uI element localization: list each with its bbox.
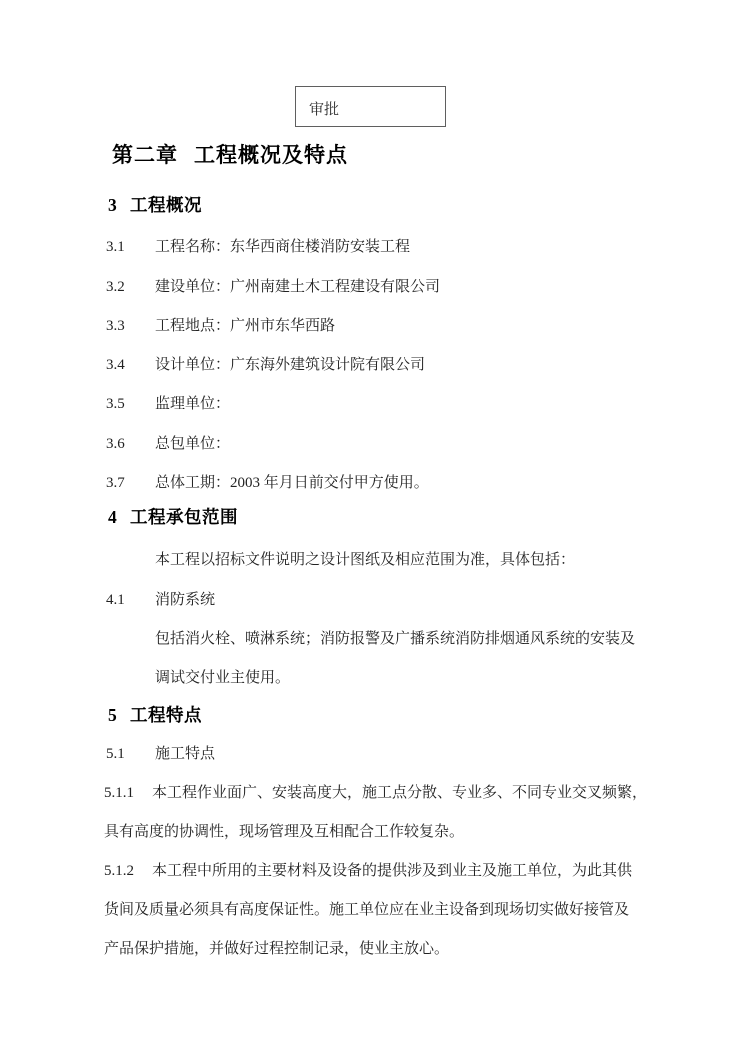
section-5-number: 5	[108, 705, 130, 725]
section-3-heading: 3工程概况	[108, 195, 202, 215]
item-number: 3.1	[106, 239, 155, 256]
item-number: 5.1	[106, 746, 155, 763]
item-3-3: 3.3工程地点：广州市东华西路	[106, 318, 335, 335]
section-4-number: 4	[108, 507, 130, 527]
item-text: 设计单位：广东海外建筑设计院有限公司	[155, 357, 425, 373]
item-5-1: 5.1施工特点	[106, 746, 215, 763]
item-3-2: 3.2建设单位：广州南建土木工程建设有限公司	[106, 279, 440, 296]
paragraph-text: 本工程中所用的主要材料及设备的提供涉及到业主及施工单位，为此其供	[152, 863, 632, 879]
paragraph-number: 5.1.1	[104, 785, 152, 802]
item-text: 工程地点：广州市东华西路	[155, 318, 335, 334]
paragraph-5-1-2-line-1: 5.1.2本工程中所用的主要材料及设备的提供涉及到业主及施工单位，为此其供	[104, 863, 632, 880]
item-text: 工程名称：东华西商住楼消防安装工程	[155, 239, 410, 255]
paragraph-5-1-1-line-2: 具有高度的协调性，现场管理及互相配合工作较复杂。	[104, 824, 464, 841]
item-text: 消防系统	[155, 592, 215, 608]
section-4-intro: 本工程以招标文件说明之设计图纸及相应范围为准，具体包括：	[155, 552, 575, 569]
item-3-4: 3.4设计单位：广东海外建筑设计院有限公司	[106, 357, 425, 374]
document-page: 审批 第二章工程概况及特点 3工程概况 3.1工程名称：东华西商住楼消防安装工程…	[0, 0, 744, 1052]
chapter-heading: 第二章工程概况及特点	[112, 143, 348, 167]
item-number: 3.7	[106, 475, 155, 492]
item-3-5: 3.5监理单位：	[106, 396, 230, 413]
chapter-number: 第二章	[112, 143, 178, 167]
item-3-1: 3.1工程名称：东华西商住楼消防安装工程	[106, 239, 410, 256]
item-text: 施工特点	[155, 746, 215, 762]
paragraph-text: 本工程作业面广、安装高度大，施工点分散、专业多、不同专业交叉频繁，	[152, 785, 647, 801]
paragraph-number: 5.1.2	[104, 863, 152, 880]
item-number: 3.5	[106, 396, 155, 413]
section-4-heading: 4工程承包范围	[108, 507, 238, 527]
item-4-1-detail-line-2: 调试交付业主使用。	[155, 670, 290, 687]
section-4-title: 工程承包范围	[130, 507, 238, 527]
paragraph-5-1-1-line-1: 5.1.1本工程作业面广、安装高度大，施工点分散、专业多、不同专业交叉频繁，	[104, 785, 647, 802]
section-5-heading: 5工程特点	[108, 705, 202, 725]
item-4-1-detail-line-1: 包括消火栓、喷淋系统；消防报警及广播系统消防排烟通风系统的安装及	[155, 631, 635, 648]
item-4-1: 4.1消防系统	[106, 592, 215, 609]
chapter-title: 工程概况及特点	[194, 143, 348, 167]
item-text: 总包单位：	[155, 436, 230, 452]
item-number: 4.1	[106, 592, 155, 609]
item-3-6: 3.6总包单位：	[106, 436, 230, 453]
item-text: 总体工期：2003 年月日前交付甲方使用。	[155, 475, 429, 491]
item-number: 3.3	[106, 318, 155, 335]
paragraph-5-1-2-line-2: 货间及质量必须具有高度保证性。施工单位应在业主设备到现场切实做好接管及	[104, 902, 629, 919]
approval-box: 审批	[295, 86, 446, 127]
item-number: 3.6	[106, 436, 155, 453]
item-3-7: 3.7总体工期：2003 年月日前交付甲方使用。	[106, 475, 429, 492]
section-3-title: 工程概况	[130, 195, 202, 215]
section-3-number: 3	[108, 195, 130, 215]
item-number: 3.2	[106, 279, 155, 296]
section-5-title: 工程特点	[130, 705, 202, 725]
paragraph-5-1-2-line-3: 产品保护措施，并做好过程控制记录，使业主放心。	[104, 941, 449, 958]
item-text: 建设单位：广州南建土木工程建设有限公司	[155, 279, 440, 295]
item-number: 3.4	[106, 357, 155, 374]
item-text: 监理单位：	[155, 396, 230, 412]
approval-label: 审批	[309, 98, 339, 119]
